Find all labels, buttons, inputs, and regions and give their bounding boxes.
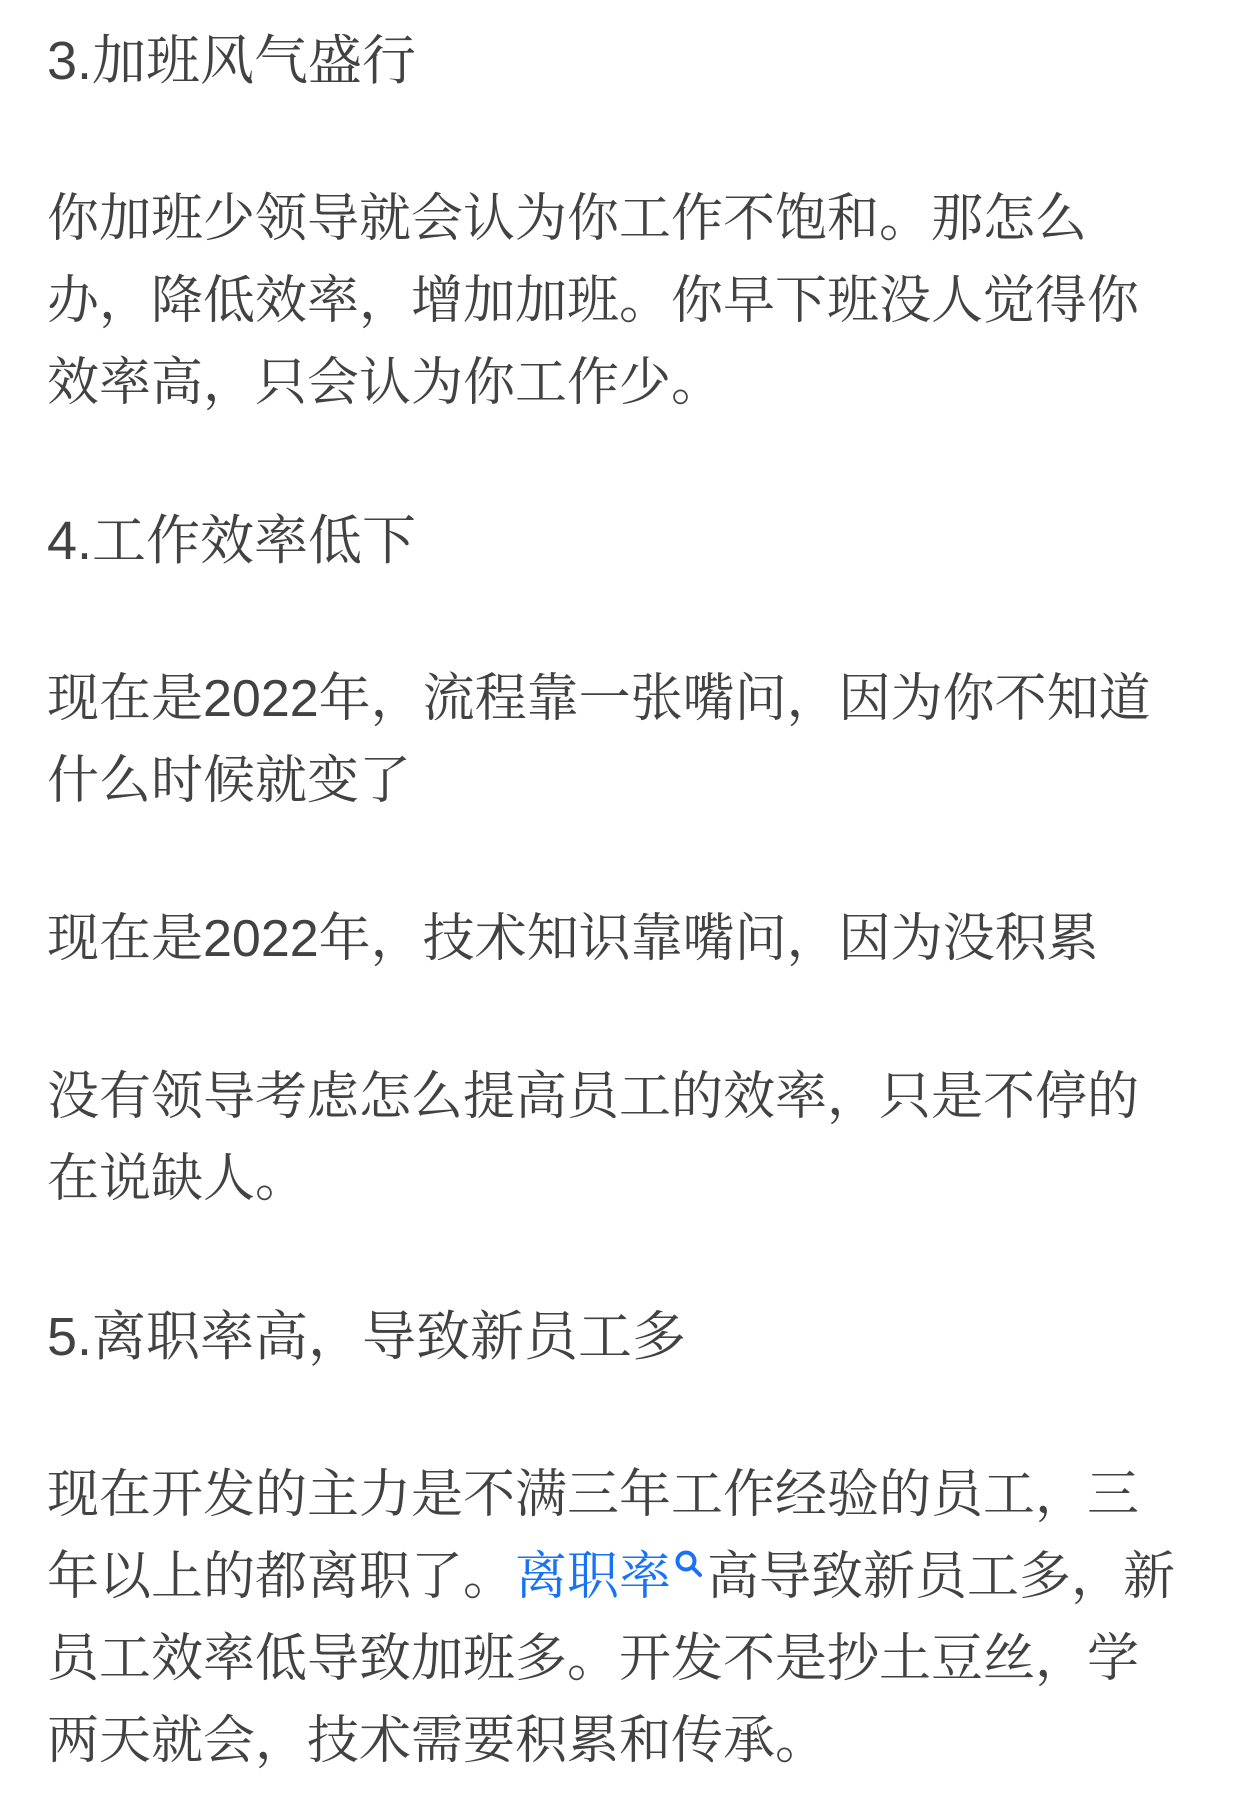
article-page: 3.加班风气盛行 你加班少领导就会认为你工作不饱和。那怎么办，降低效率，增加加班… xyxy=(0,0,1236,1813)
paragraph-knowledge: 现在是2022年，技术知识靠嘴问，因为没积累 xyxy=(47,898,1189,980)
paragraph-overtime: 你加班少领导就会认为你工作不饱和。那怎么办，降低效率，增加加班。你早下班没人觉得… xyxy=(47,178,1189,424)
search-icon[interactable] xyxy=(673,1548,705,1580)
search-term-link-label[interactable]: 离职率 xyxy=(515,1548,671,1606)
search-term-link[interactable]: 离职率 xyxy=(515,1548,707,1606)
paragraph-efficiency: 没有领导考虑怎么提高员工的效率，只是不停的在说缺人。 xyxy=(47,1056,1189,1220)
section-heading-5: 5.离职率高，导致新员工多 xyxy=(47,1296,1189,1378)
paragraph-process: 现在是2022年，流程靠一张嘴问，因为你不知道什么时候就变了 xyxy=(47,658,1189,822)
section-heading-4: 4.工作效率低下 xyxy=(47,500,1189,582)
section-heading-3: 3.加班风气盛行 xyxy=(47,20,1189,102)
paragraph-turnover: 现在开发的主力是不满三年工作经验的员工，三年以上的都离职了。离职率高导致新员工多… xyxy=(47,1454,1189,1782)
